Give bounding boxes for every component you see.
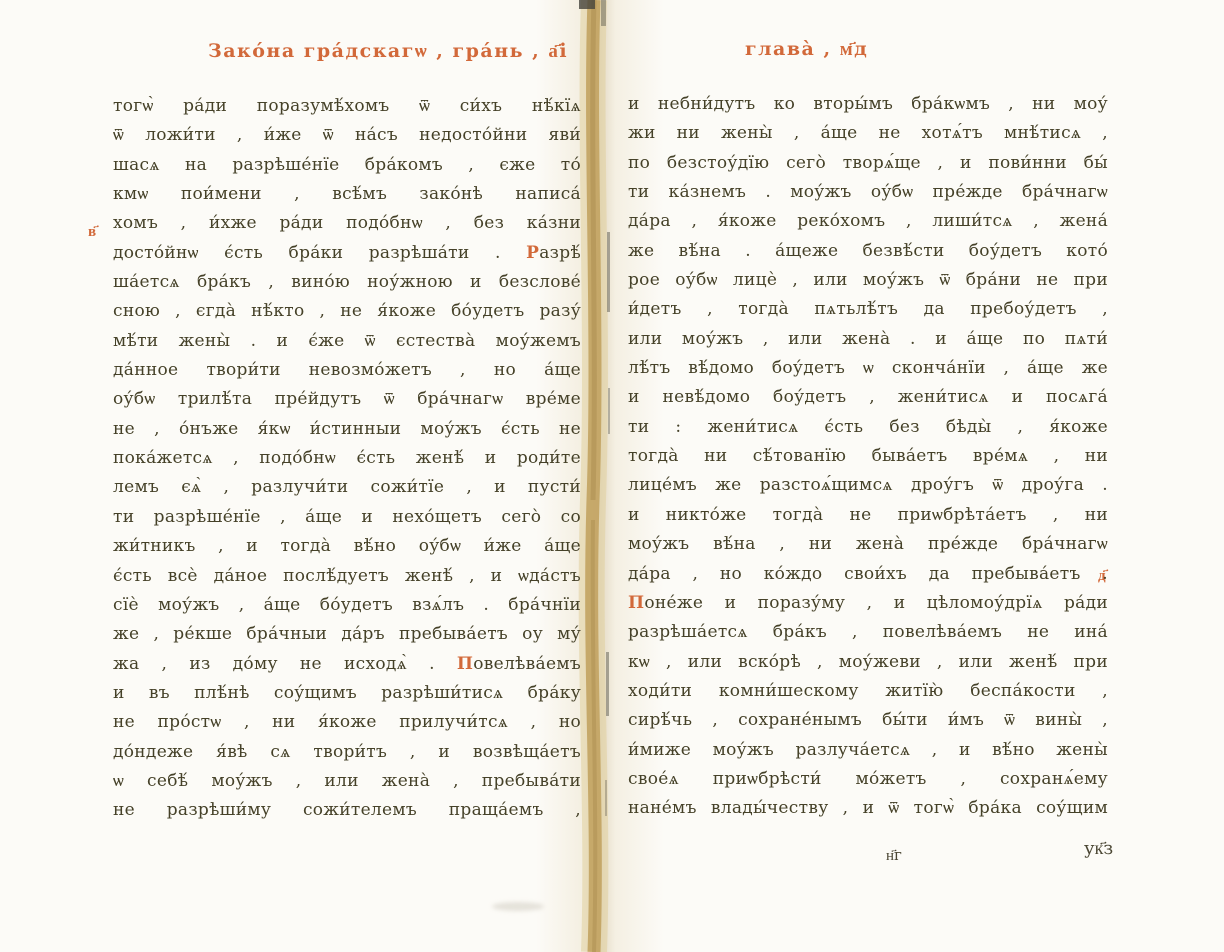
text-line: шасѧ на разрѣше́нїе бра́комъ , єже то́ bbox=[113, 151, 581, 180]
text-segment: ти разрѣше́нїе , а́ще и нехо́щетъ сего̀ … bbox=[113, 507, 581, 527]
text-segment: и невѣ́домо боу́детъ , жени́тисѧ и посѧг… bbox=[628, 387, 1108, 407]
text-segment: разрѣша́етсѧ бра́къ , повелѣва́емъ не ин… bbox=[628, 622, 1108, 642]
text-segment: азрѣ́ bbox=[539, 243, 581, 263]
text-line: и небни́дутъ ко вторы́мъ бра́кѡмъ , ни м… bbox=[628, 90, 1108, 119]
text-line: не , о́нъже я́кѡ и́стинныи моу́жъ є́сть … bbox=[113, 415, 581, 444]
text-segment: сирѣ́чь , сохране́нымъ бы́ти и́мъ ѿ вины… bbox=[628, 710, 1108, 730]
text-line: до́ндеже я́вѣ сѧ твори́тъ , и возвѣща́ет… bbox=[113, 738, 581, 767]
text-line: и́миже моу́жъ разлуча́етсѧ , и вѣ́но жен… bbox=[628, 736, 1108, 765]
text-line: кмѡ пои́мени , всѣ́мъ зако́нѣ написа́ bbox=[113, 180, 581, 209]
text-line: ѡ себѣ́ моу́жъ , или жена̀ , пребыва́ти bbox=[113, 767, 581, 796]
text-line: ти ка́знемъ . моу́жъ оу́бѡ пре́жде бра́ч… bbox=[628, 178, 1108, 207]
text-line: моу́жъ вѣ́на , ни жена̀ пре́жде бра́чнаг… bbox=[628, 530, 1108, 559]
text-line: Поне́же и поразу́му , и цѣломоу́дрїѧ ра́… bbox=[628, 589, 1108, 618]
text-segment: сїѐ моу́жъ , а́ще бо́удетъ взѧ́лъ . бра́… bbox=[113, 595, 581, 615]
text-line: сїѐ моу́жъ , а́ще бо́удетъ взѧ́лъ . бра́… bbox=[113, 591, 581, 620]
text-segment: нане́мъ влады́честву , и ѿ тогѡ̀ бра́ка … bbox=[628, 798, 1108, 818]
text-segment: ти ка́знемъ . моу́жъ оу́бѡ пре́жде бра́ч… bbox=[628, 182, 1108, 202]
text-line: же вѣ́на . а́щеже безвѣ́сти боу́детъ кот… bbox=[628, 237, 1108, 266]
text-line: не разрѣши́му сожи́телемъ праща́емъ , bbox=[113, 796, 581, 825]
text-segment: жи ни жены̀ , а́ще не хотѧ́тъ мнѣ́тисѧ , bbox=[628, 123, 1108, 143]
text-segment: оне́же и поразу́му , и цѣломоу́дрїѧ ра́д… bbox=[644, 593, 1108, 613]
text-segment: сною , єгда̀ нѣ́кто , не я́коже бо́удетъ… bbox=[113, 301, 581, 321]
text-segment: да́ра , я́коже реко́хомъ , лиши́тсѧ , же… bbox=[628, 211, 1108, 231]
text-segment: же вѣ́на . а́щеже безвѣ́сти боу́детъ кот… bbox=[628, 241, 1108, 261]
text-line: не про́стѡ , ни я́коже прилучи́тсѧ , но bbox=[113, 708, 581, 737]
text-line: разрѣша́етсѧ бра́къ , повелѣва́емъ не ин… bbox=[628, 618, 1108, 647]
text-segment: до́ндеже я́вѣ сѧ твори́тъ , и возвѣща́ет… bbox=[113, 742, 581, 762]
text-line: да́ра , я́коже реко́хомъ , лиши́тсѧ , же… bbox=[628, 207, 1108, 236]
text-segment: кѡ , или вско́рѣ , моу́жеви , или женѣ́ … bbox=[628, 652, 1108, 672]
text-segment: ѿ ложи́ти , и́же ѿ на́съ недосто́йни яви… bbox=[113, 125, 581, 145]
text-line: лемъ єѧ̀ , разлучи́ти сожи́тїе , и пусти… bbox=[113, 473, 581, 502]
rubric-initial: Р bbox=[526, 243, 539, 263]
text-segment: лице́мъ же разстоѧ́щимсѧ дроу́гъ ѿ дроу́… bbox=[628, 475, 1108, 495]
text-segment: и никто́же тогда̀ не приѡбрѣта́етъ , ни bbox=[628, 505, 1108, 525]
text-line: ходи́ти комни́шескому житїю̀ беспа́кости… bbox=[628, 677, 1108, 706]
text-line: ша́етсѧ бра́къ , вино́ю ноу́жною и безсл… bbox=[113, 268, 581, 297]
text-line: пока́жетсѧ , подо́бнѡ є́сть женѣ́ и роди… bbox=[113, 444, 581, 473]
text-segment: є́сть всѐ да́ное послѣ́дуетъ женѣ́ , и ѡ… bbox=[113, 566, 581, 586]
text-segment: лемъ єѧ̀ , разлучи́ти сожи́тїе , и пусти… bbox=[113, 477, 581, 497]
text-line: тогда̀ ни сѣ́тованїю быва́етъ вре́мѧ , н… bbox=[628, 442, 1108, 471]
folio-number: ук҃з bbox=[1084, 838, 1113, 859]
text-line: сирѣ́чь , сохране́нымъ бы́ти и́мъ ѿ вины… bbox=[628, 706, 1108, 735]
text-segment: кмѡ пои́мени , всѣ́мъ зако́нѣ написа́ bbox=[113, 184, 581, 204]
text-segment: же , ре́кше бра́чныи да́ръ пребыва́етъ о… bbox=[113, 624, 581, 644]
text-segment: ти : жени́тисѧ є́сть без бѣды̀ , я́коже bbox=[628, 417, 1108, 437]
text-segment: и́детъ , тогда̀ пѧтьлѣ́тъ да пребоу́детъ… bbox=[628, 299, 1108, 319]
text-segment: рое оу́бѡ лицѐ , или моу́жъ ѿ бра́ни не … bbox=[628, 270, 1108, 290]
text-segment: по безстоу́дїю сего̀ творѧ́ще , и пови́н… bbox=[628, 153, 1108, 173]
text-segment: жа , из до́му не исходѧ̀ . bbox=[113, 654, 457, 674]
text-segment: не разрѣши́му сожи́телемъ праща́емъ , bbox=[113, 800, 581, 820]
text-line: ти разрѣше́нїе , а́ще и нехо́щетъ сего̀ … bbox=[113, 503, 581, 532]
text-segment: ѡ себѣ́ моу́жъ , или жена̀ , пребыва́ти bbox=[113, 771, 581, 791]
text-segment: не про́стѡ , ни я́коже прилучи́тсѧ , но bbox=[113, 712, 581, 732]
text-line: кѡ , или вско́рѣ , моу́жеви , или женѣ́ … bbox=[628, 648, 1108, 677]
text-line: лѣ́тъ вѣ́домо боу́детъ ѡ сконча́нїи , а́… bbox=[628, 354, 1108, 383]
text-segment: да́нное твори́ти невозмо́жетъ , но а́ще bbox=[113, 360, 581, 380]
text-line: тогѡ̀ ра́ди поразумѣ́хомъ ѿ си́хъ нѣ́кїѧ bbox=[113, 92, 581, 121]
text-line: или моу́жъ , или жена̀ . и а́ще по пѧти́ bbox=[628, 325, 1108, 354]
text-segment: оу́бѡ трилѣ́та пре́йдутъ ѿ бра́чнагѡ вре… bbox=[113, 389, 581, 409]
text-segment: пока́жетсѧ , подо́бнѡ є́сть женѣ́ и роди… bbox=[113, 448, 581, 468]
text-line: ти : жени́тисѧ є́сть без бѣды̀ , я́коже bbox=[628, 413, 1108, 442]
text-segment: тогда̀ ни сѣ́тованїю быва́етъ вре́мѧ , н… bbox=[628, 446, 1108, 466]
text-line: же , ре́кше бра́чныи да́ръ пребыва́етъ о… bbox=[113, 620, 581, 649]
text-segment: тогѡ̀ ра́ди поразумѣ́хомъ ѿ си́хъ нѣ́кїѧ bbox=[113, 96, 581, 116]
text-line: и́детъ , тогда̀ пѧтьлѣ́тъ да пребоу́детъ… bbox=[628, 295, 1108, 324]
text-line: жи ни жены̀ , а́ще не хотѧ́тъ мнѣ́тисѧ , bbox=[628, 119, 1108, 148]
rubric-initial: П bbox=[457, 654, 473, 674]
text-line: ѿ ложи́ти , и́же ѿ на́съ недосто́йни яви… bbox=[113, 121, 581, 150]
text-line: нане́мъ влады́честву , и ѿ тогѡ̀ бра́ка … bbox=[628, 794, 1108, 823]
text-line: сною , єгда̀ нѣ́кто , не я́коже бо́удетъ… bbox=[113, 297, 581, 326]
text-segment: ша́етсѧ бра́къ , вино́ю ноу́жною и безсл… bbox=[113, 272, 581, 292]
text-line: жи́тникъ , и тогда̀ вѣ́но оу́бѡ и́же а́щ… bbox=[113, 532, 581, 561]
text-segment: досто́йнѡ є́сть бра́ки разрѣша́ти . bbox=[113, 243, 526, 263]
text-segment: жи́тникъ , и тогда̀ вѣ́но оу́бѡ и́же а́щ… bbox=[113, 536, 581, 556]
text-segment: и въ плѣ́нѣ соу́щимъ разрѣши́тисѧ бра́ку bbox=[113, 683, 581, 703]
right-page-text: и небни́дутъ ко вторы́мъ бра́кѡмъ , ни м… bbox=[628, 90, 1108, 824]
text-line: досто́йнѡ є́сть бра́ки разрѣша́ти . Разр… bbox=[113, 239, 581, 268]
text-line: да́ра , но ко́ждо свои́хъ да пребыва́етъ… bbox=[628, 560, 1108, 589]
text-line: лице́мъ же разстоѧ́щимсѧ дроу́гъ ѿ дроу́… bbox=[628, 471, 1108, 500]
text-segment: шасѧ на разрѣше́нїе бра́комъ , єже то́ bbox=[113, 155, 581, 175]
quire-signature: н҃г bbox=[886, 846, 902, 865]
text-line: и никто́же тогда̀ не приѡбрѣта́етъ , ни bbox=[628, 501, 1108, 530]
text-line: оу́бѡ трилѣ́та пре́йдутъ ѿ бра́чнагѡ вре… bbox=[113, 385, 581, 414]
text-segment: ходи́ти комни́шескому житїю̀ беспа́кости… bbox=[628, 681, 1108, 701]
text-segment: да́ра , но ко́ждо свои́хъ да пребыва́етъ… bbox=[628, 564, 1108, 584]
text-line: є́сть всѐ да́ное послѣ́дуетъ женѣ́ , и ѡ… bbox=[113, 562, 581, 591]
text-segment: и́миже моу́жъ разлуча́етсѧ , и вѣ́но жен… bbox=[628, 740, 1108, 760]
text-segment: моу́жъ вѣ́на , ни жена̀ пре́жде бра́чнаг… bbox=[628, 534, 1108, 554]
text-segment: хомъ , и́хже ра́ди подо́бнѡ , без ка́зни bbox=[113, 213, 581, 233]
text-segment: и небни́дутъ ко вторы́мъ бра́кѡмъ , ни м… bbox=[628, 94, 1108, 114]
book-scan: Зако́на гра́дскагѡ , гра́нь , а҃і глава̀… bbox=[0, 0, 1224, 952]
text-line: рое оу́бѡ лицѐ , или моу́жъ ѿ бра́ни не … bbox=[628, 266, 1108, 295]
text-line: хомъ , и́хже ра́ди подо́бнѡ , без ка́зни bbox=[113, 209, 581, 238]
text-segment: мѣ́ти жены̀ . и є́же ѿ єстества̀ моу́жем… bbox=[113, 331, 581, 351]
text-line: по безстоу́дїю сего̀ творѧ́ще , и пови́н… bbox=[628, 149, 1108, 178]
left-page-text: тогѡ̀ ра́ди поразумѣ́хомъ ѿ си́хъ нѣ́кїѧ… bbox=[113, 92, 581, 826]
text-segment: или моу́жъ , или жена̀ . и а́ще по пѧти́ bbox=[628, 329, 1108, 349]
rubric-initial: П bbox=[628, 593, 644, 613]
text-line: и невѣ́домо боу́детъ , жени́тисѧ и посѧг… bbox=[628, 383, 1108, 412]
text-line: жа , из до́му не исходѧ̀ . Повелѣва́емъ bbox=[113, 650, 581, 679]
left-running-title: Зако́на гра́дскагѡ , гра́нь , а҃і bbox=[208, 40, 568, 63]
text-line: мѣ́ти жены̀ . и є́же ѿ єстества̀ моу́жем… bbox=[113, 327, 581, 356]
text-line: свое́ѧ приѡбрѣсти́ мо́жетъ , сохранѧ́ему bbox=[628, 765, 1108, 794]
text-segment: лѣ́тъ вѣ́домо боу́детъ ѡ сконча́нїи , а́… bbox=[628, 358, 1108, 378]
left-margin-number: в҃ bbox=[88, 222, 96, 241]
right-running-title: глава̀ , м҃д bbox=[745, 38, 868, 61]
text-line: да́нное твори́ти невозмо́жетъ , но а́ще bbox=[113, 356, 581, 385]
text-segment: свое́ѧ приѡбрѣсти́ мо́жетъ , сохранѧ́ему bbox=[628, 769, 1108, 789]
text-line: и въ плѣ́нѣ соу́щимъ разрѣши́тисѧ бра́ку bbox=[113, 679, 581, 708]
paper-smudge bbox=[492, 902, 544, 911]
text-segment: овелѣва́емъ bbox=[473, 654, 581, 674]
text-segment: не , о́нъже я́кѡ и́стинныи моу́жъ є́сть … bbox=[113, 419, 581, 439]
